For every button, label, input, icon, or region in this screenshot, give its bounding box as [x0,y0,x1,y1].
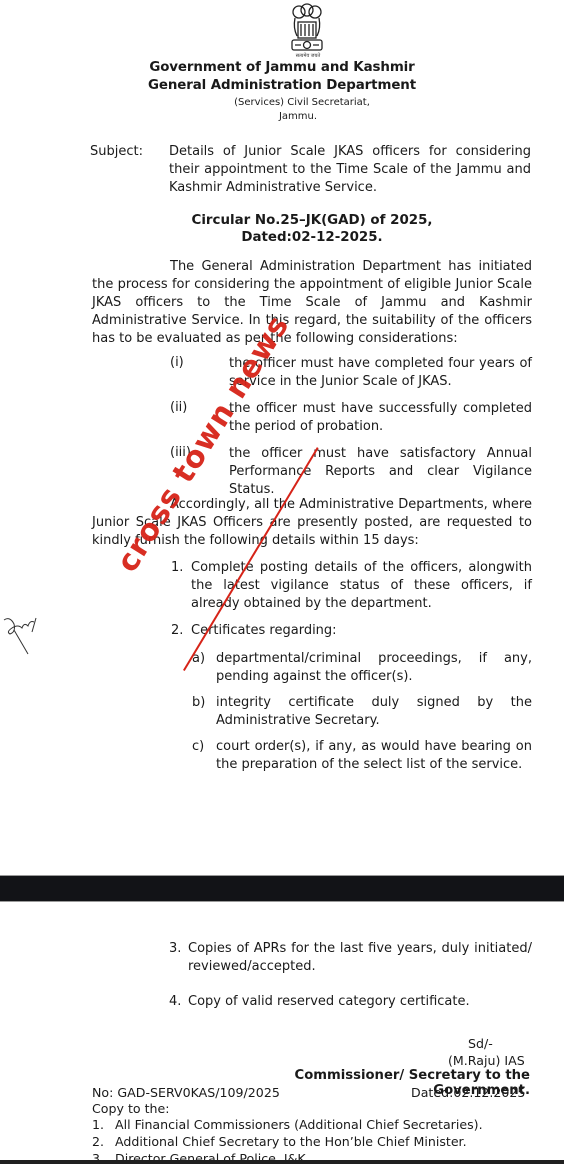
emblem-motto: सत्यमेव जयते [282,53,334,59]
copy-to-number: 1. [92,1117,104,1132]
certificate-text: court order(s), if any, as would have be… [216,738,532,774]
certificate-text: integrity certificate duly signed by the… [216,694,532,730]
copy-to-entry: Additional Chief Secretary to the Hon’bl… [115,1134,467,1149]
certificate-letter: b) [192,694,205,712]
subject-label: Subject: [90,143,143,161]
item-text: Copies of APRs for the last five years, … [188,940,532,976]
item-number: 1. [171,559,183,577]
certificate-letter: c) [192,738,204,756]
office-address-line2: Jammu. [0,111,564,122]
handwritten-initials-icon [2,614,48,660]
copy-to-entry: All Financial Commissioners (Additional … [115,1117,483,1132]
certificate-text: departmental/criminal proceedings, if an… [216,650,532,686]
copy-to-label: Copy to the: [92,1101,170,1116]
bottom-edge [0,1160,564,1164]
circular-date: Dated:02-12-2025. [60,229,564,246]
circular-number: Circular No.25–JK(GAD) of 2025, [60,212,564,229]
item-number: 2. [171,622,183,640]
item-number: 3. [169,940,181,958]
condition-text: the officer must have satisfactory Annua… [229,445,532,499]
page-break-divider [0,875,564,902]
reference-number: No: GAD-SERV0KAS/109/2025 [92,1085,280,1100]
condition-number: (ii) [170,400,187,415]
subject-text: Details of Junior Scale JKAS officers fo… [169,143,531,197]
circular-heading: Circular No.25–JK(GAD) of 2025, Dated:02… [0,212,564,246]
signatory-name: (M.Raju) IAS [448,1053,525,1068]
government-title: Government of Jammu and Kashmir [0,60,564,75]
reference-date: Dated:02.12.2025 [411,1085,525,1100]
signature-sd: Sd/- [468,1036,493,1051]
item-number: 4. [169,993,181,1011]
item-text: Certificates regarding: [191,622,532,640]
copy-to-number: 2. [92,1134,104,1149]
state-emblem-icon [283,2,331,58]
intro-paragraph: The General Administration Department ha… [92,258,532,348]
department-title: General Administration Department [0,78,564,93]
office-address-line1: (Services) Civil Secretariat, [0,97,564,108]
condition-number: (i) [170,355,184,370]
item-text: Copy of valid reserved category certific… [188,993,532,1011]
item-text: Complete posting details of the officers… [191,559,532,613]
condition-text: the officer must have successfully compl… [229,400,532,436]
